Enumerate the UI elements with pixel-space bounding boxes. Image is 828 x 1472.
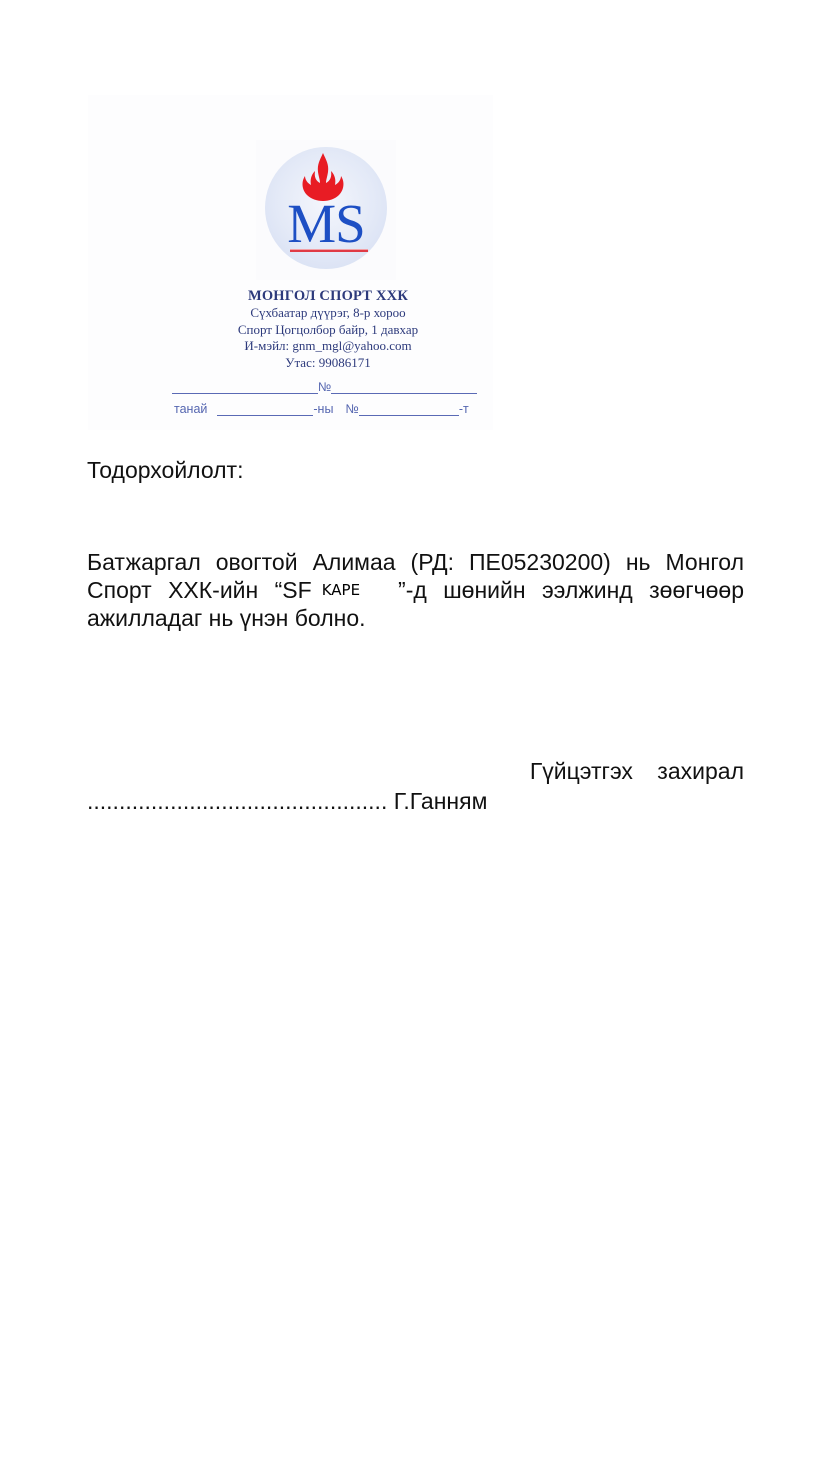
document-title: Тодорхойлолт: (87, 456, 243, 484)
signature-name: Г.Ганням (394, 788, 488, 814)
reference-number-sign: № (345, 402, 358, 416)
number-sign: № (318, 380, 331, 394)
document-body: Батжаргал овогтой Алимаа (РД: ПЕ05230200… (87, 548, 744, 632)
company-info: МОНГОЛ СПОРТ ХХК Сүхбаатар дүүрэг, 8-р х… (88, 287, 568, 371)
company-email: И-мэйл: gnm_mgl@yahoo.com (88, 338, 568, 355)
signature-line: ........................................… (87, 786, 744, 816)
signature-dots: ........................................… (87, 788, 387, 814)
reference-suffix: -т (459, 402, 469, 416)
reference-mid: -ны (313, 402, 333, 416)
number-blank (331, 381, 477, 394)
reference-number-blank (359, 403, 459, 416)
signature-block: Гүйцэтгэх захирал ......................… (87, 756, 744, 816)
company-address-1: Сүхбаатар дүүрэг, 8-р хороо (88, 305, 568, 322)
body-inserted-text: KAPE (312, 576, 398, 604)
letterhead: MS МОНГОЛ СПОРТ ХХК Сүхбаатар дүүрэг, 8-… (88, 95, 493, 430)
signature-title: Гүйцэтгэх захирал (87, 756, 744, 786)
company-name: МОНГОЛ СПОРТ ХХК (88, 287, 568, 305)
reference-prefix: танай (174, 402, 207, 416)
date-blank (172, 381, 318, 394)
logo-letters: MS (275, 196, 377, 251)
reference-date-blank (217, 403, 313, 416)
company-phone: Утас: 99086171 (88, 355, 568, 372)
outgoing-number-row: № (172, 380, 477, 394)
reference-row: танай -ны № -т (174, 402, 469, 416)
company-address-2: Спорт Цогцолбор байр, 1 давхар (88, 322, 568, 339)
logo-underline (290, 249, 368, 252)
